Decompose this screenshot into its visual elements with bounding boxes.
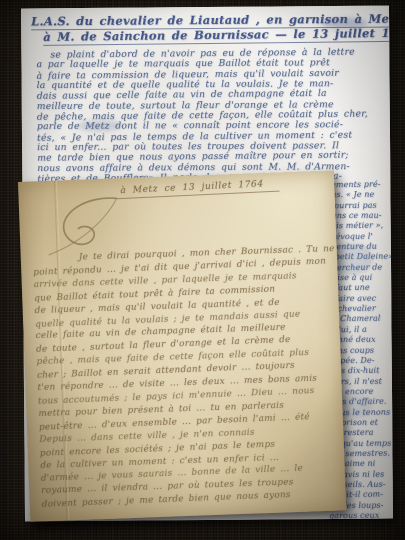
handwriting-line: cements pré-	[326, 179, 390, 190]
handwriting-line: mourrai pas	[326, 200, 390, 211]
original-letter: à Metz ce 13 juillet 1764 Je te dirai po…	[18, 170, 346, 521]
manuscript-photo: L.A.S. du chevalier de Liautaud , en gar…	[0, 0, 405, 540]
sheet-body-lines: se plaint d'abord de n'avoir pas eu de r…	[36, 48, 388, 185]
handwriting-line: vus. « Je ne	[326, 190, 390, 201]
handwriting-line: garous ceux	[329, 510, 393, 521]
letter-body-lines: Je te dirai pourquoi , mon cher Bourniss…	[33, 243, 336, 512]
letter-dateline: à Metz ce 13 juillet 1764	[116, 179, 280, 200]
handwriting-line: vais métier »,	[327, 221, 391, 232]
